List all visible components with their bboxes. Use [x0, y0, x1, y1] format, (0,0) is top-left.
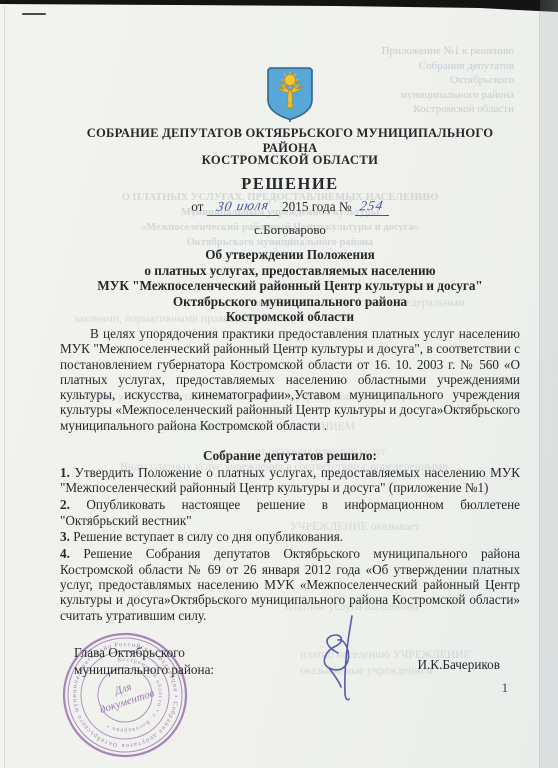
doc-title-line: МУК "Межпоселенческий районный Центр кул… — [60, 278, 520, 294]
item-text: Решение Собрания депутатов Октябрьского … — [60, 546, 520, 622]
item-number: 2. — [60, 497, 70, 512]
coat-of-arms-icon — [266, 66, 314, 122]
date-suffix-label: 2015 года № — [282, 199, 351, 214]
date-prefix-label: от — [191, 199, 203, 214]
scan-mark — [22, 13, 46, 15]
place-line: с.Боговарово — [60, 222, 520, 238]
item-text: Опубликовать настоящее решение в информа… — [60, 497, 520, 527]
number-field: 254 — [355, 199, 389, 216]
org-name-line1: СОБРАНИЕ ДЕПУТАТОВ ОКТЯБРЬСКОГО МУНИЦИПА… — [60, 126, 520, 156]
date-field: 30 июля — [207, 199, 279, 216]
document-type-heading: РЕШЕНИЕ — [60, 174, 520, 194]
resolution-item-2: 2. Опубликовать настоящее решение в инфо… — [60, 497, 520, 528]
date-number-line: от 30 июля 2015 года № 254 — [60, 199, 520, 216]
doc-title-line: Костромской области — [60, 309, 520, 325]
doc-title-line: Октябрьского муниципального района — [60, 294, 520, 310]
doc-title-line: Об утверждении Положения — [60, 247, 520, 263]
scanned-page: Приложение №1 к решению Собрания депутат… — [0, 0, 558, 768]
resolution-item-1: 1. Утвердить Положение о платных услугах… — [60, 465, 520, 496]
resolution-items: 1. Утвердить Положение о платных услугах… — [60, 465, 520, 624]
intro-paragraph: В целях упорядочения практики предоставл… — [60, 326, 520, 433]
item-number: 4. — [60, 546, 70, 561]
item-number: 1. — [60, 465, 70, 480]
item-text: Утвердить Положение о платных услугах, п… — [60, 465, 520, 495]
item-text: Решение вступает в силу со дня опубликов… — [70, 529, 343, 544]
signatory-post-line1: Глава Октябрьского — [74, 644, 294, 661]
signatory-post: Глава Октябрьского муниципального района… — [74, 644, 294, 678]
coat-of-arms-wrap — [60, 66, 520, 127]
resolution-item-4: 4. Решение Собрания депутатов Октябрьско… — [60, 546, 520, 623]
paper-edge-shadow — [540, 0, 558, 768]
paper-left-edge — [4, 6, 5, 768]
item-number: 3. — [60, 529, 70, 544]
decision-document: СОБРАНИЕ ДЕПУТАТОВ ОКТЯБРЬСКОГО МУНИЦИПА… — [60, 0, 520, 768]
resolved-heading: Собрание депутатов решило: — [60, 448, 520, 464]
org-name-line2: КОСТРОМСКОЙ ОБЛАСТИ — [60, 153, 520, 168]
page-number: 1 — [502, 681, 508, 696]
resolution-item-3: 3. Решение вступает в силу со дня опубли… — [60, 529, 520, 544]
handwritten-date: 30 июля — [215, 197, 270, 215]
signatory-name: И.К.Бачериков — [417, 657, 500, 673]
signatory-post-line2: муниципального района: — [74, 661, 294, 678]
doc-title-line: о платных услугах, предоставляемых насел… — [60, 263, 520, 279]
handwritten-number: 254 — [359, 198, 385, 215]
